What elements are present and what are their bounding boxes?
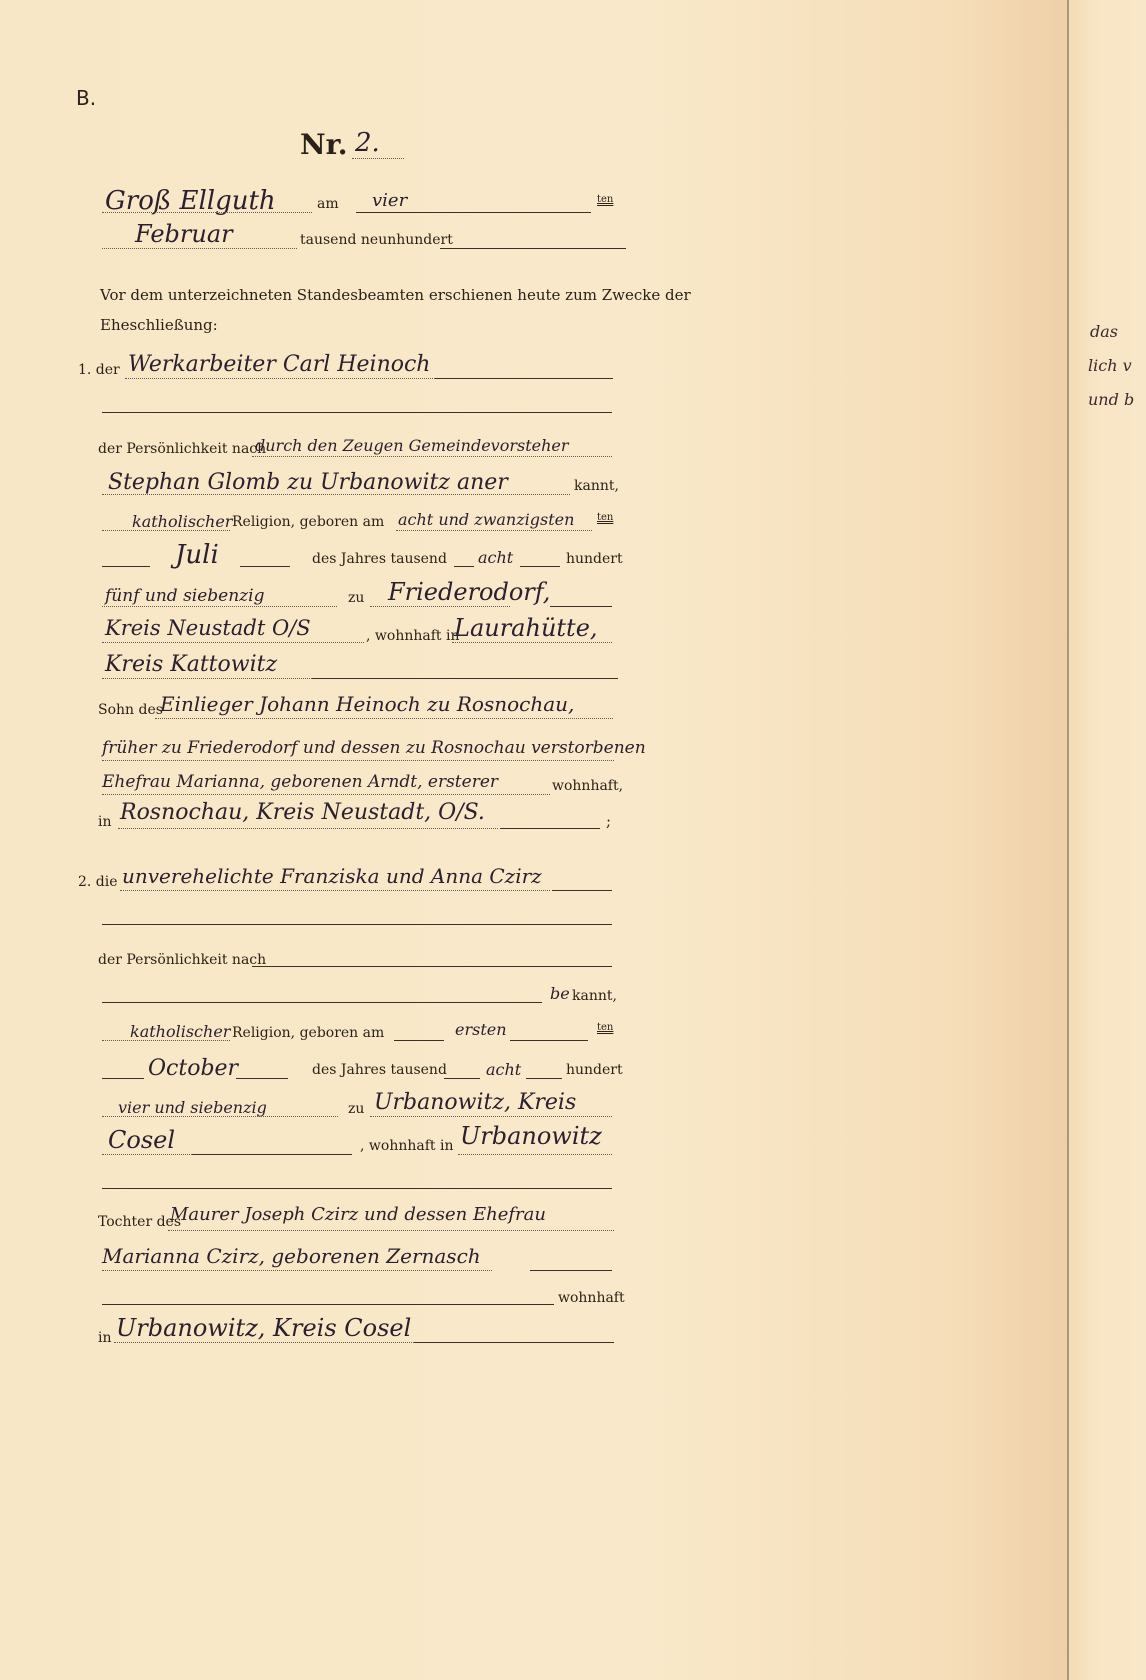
bride-zu: zu [348,1101,364,1117]
groom-parents-label: Sohn des [98,702,163,718]
groom-kannt: kannt, [574,478,619,494]
groom-parents-residence-dots [118,828,498,829]
form-letter: B. [76,86,96,110]
day-line-a [356,212,456,213]
groom-birth-month: Juli [175,540,219,570]
bride-month-line-a [102,1078,144,1079]
bride-religion-line [102,1040,230,1041]
bride-year-label: des Jahres tausend [312,1062,447,1078]
groom-parents-in: in [98,814,112,830]
bride-birth-district-line [192,1154,352,1155]
margin-note-line-1: das [1090,322,1118,341]
groom-occupation-name: Werkarbeiter Carl Heinoch [128,352,430,377]
intro-line-1: Vor dem unterzeichneten Standesbeamten e… [100,286,691,304]
groom-birth-day-suffix: ten [597,512,613,523]
groom-century-line-b [520,566,560,567]
groom-identity-2: Stephan Glomb zu Urbanowitz aner [108,470,508,495]
right-page [1069,0,1146,1680]
groom-parents-2: früher zu Friederodorf und dessen zu Ros… [102,738,646,758]
groom-birth-year: fünf und siebenzig [105,586,264,606]
groom-year-label: des Jahres tausend [312,551,447,567]
bride-birth-year-line [102,1116,338,1117]
bride-birth-place-line [370,1116,612,1117]
bride-parents-residence: Urbanowitz, Kreis Cosel [116,1314,411,1342]
groom-religion-label: Religion, geboren am [232,514,384,530]
bride-parents-line-3 [102,1304,554,1305]
groom-residence-district: Kreis Kattowitz [105,652,277,677]
groom-parents-1: Einlieger Johann Heinoch zu Rosnochau, [160,692,574,716]
bride-residence: Urbanowitz [460,1122,602,1150]
groom-birth-place-dots [370,606,510,607]
bride-number: 2. die [78,874,118,890]
bride-parents-dots-2 [102,1270,492,1271]
groom-name-dots [125,378,435,379]
bride-birth-district: Cosel [108,1126,175,1154]
bride-religion: katholischer [130,1022,230,1041]
groom-zu: zu [348,590,364,606]
bride-birth-month: October [148,1056,238,1081]
groom-parents-line-3 [102,794,550,795]
groom-birth-place-line [550,606,612,607]
groom-number: 1. der [78,362,120,378]
record-number: 2. [355,128,380,158]
bride-identity-label: der Persönlichkeit nach [98,952,266,968]
groom-birth-century: acht [478,548,513,567]
groom-parents-residence-line [500,828,600,829]
bride-name-dots [120,890,550,891]
groom-parents-line-1 [155,718,613,719]
bride-parents-line-1 [168,1230,614,1231]
groom-month-line-a [102,566,150,567]
groom-century-line-a [454,566,474,567]
bride-birth-day-line-a [394,1040,444,1041]
groom-religion-line [102,530,230,531]
groom-birth-year-line [102,606,337,607]
day-suffix: ten [597,194,613,205]
bride-identity-line-2 [102,1002,542,1003]
bride-hundert: hundert [566,1062,623,1078]
bride-parents-residence-line [414,1342,614,1343]
year-label: tausend neunhundert [300,232,453,248]
intro-line-2: Eheschließung: [100,316,218,334]
groom-parents-wohnhaft: wohnhaft, [552,778,623,794]
bride-blank-line-2 [102,1188,612,1189]
groom-parents-residence: Rosnochau, Kreis Neustadt, O/S. [120,800,485,825]
groom-identity-label: der Persönlichkeit nach [98,441,266,457]
bride-parents-wohnhaft: wohnhaft [558,1290,625,1306]
bride-birth-day-suffix: ten [597,1022,613,1033]
groom-parents-line-2 [102,760,614,761]
place-line [102,212,312,213]
bride-parents-in: in [98,1330,112,1346]
groom-parents-3: Ehefrau Marianna, geborenen Arndt, erste… [102,772,498,792]
bride-century-line-b [526,1078,562,1079]
groom-residence: Laurahütte, [454,614,598,642]
record-number-label: Nr. [300,128,348,161]
groom-end-mark: ; [606,812,611,830]
bride-residence-label: , wohnhaft in [360,1138,453,1154]
bride-religion-label: Religion, geboren am [232,1025,384,1041]
year-line [440,248,626,249]
groom-blank-line [102,412,612,413]
bride-century-line-a [444,1078,480,1079]
groom-name-line [435,378,613,379]
bride-birth-century: acht [486,1060,521,1079]
groom-residence-district-line [312,678,618,679]
bride-residence-line [458,1154,612,1155]
groom-identity-1: durch den Zeugen Gemeindevorsteher [255,436,569,455]
bride-birth-place: Urbanowitz, Kreis [374,1090,576,1115]
groom-birth-place: Friederodorf, [388,578,550,606]
bride-birth-day-line-b [510,1040,588,1041]
bride-birth-year: vier und siebenzig [118,1098,267,1117]
month-line [102,248,297,249]
day-line-b [456,212,591,213]
groom-birth-day: acht und zwanzigsten [398,510,574,529]
groom-residence-line [452,642,612,643]
groom-identity-line-2 [102,494,570,495]
left-page [0,0,1068,1680]
marriage-day: vier [372,190,407,211]
marriage-month: Februar [135,220,233,248]
groom-birth-district-line [102,642,364,643]
bride-status-name: unverehelichte Franziska und Anna Czirz [122,864,542,888]
groom-hundert: hundert [566,551,623,567]
page-fold [1067,0,1069,1680]
bride-name-line [552,890,612,891]
groom-birth-district: Kreis Neustadt O/S [105,616,311,640]
bride-parents-residence-dots [114,1342,414,1343]
groom-month-line-b [240,566,290,567]
bride-kannt: kannt, [572,988,617,1004]
bride-identity-line-1 [252,966,612,967]
bride-birth-district-dots [102,1154,192,1155]
groom-birth-day-line [396,530,592,531]
groom-identity-line-1 [252,456,612,457]
groom-residence-district-dots [102,678,312,679]
bride-parents-2: Marianna Czirz, geborenen Zernasch [102,1244,481,1268]
bride-parents-1: Maurer Joseph Czirz und dessen Ehefrau [170,1204,546,1225]
bride-birth-day: ersten [455,1020,507,1039]
margin-note-line-2: lich v [1088,356,1132,375]
am-label: am [317,196,339,212]
groom-residence-label: , wohnhaft in [366,628,459,644]
bride-parents-line-2 [530,1270,612,1271]
record-number-line [352,158,404,159]
bride-month-line-b [236,1078,288,1079]
bride-kannt-prefix: be [550,984,570,1003]
groom-religion: katholischer [132,512,232,531]
margin-note-line-3: und b [1088,390,1134,409]
bride-parents-label: Tochter des [98,1214,181,1230]
bride-blank-line [102,924,612,925]
